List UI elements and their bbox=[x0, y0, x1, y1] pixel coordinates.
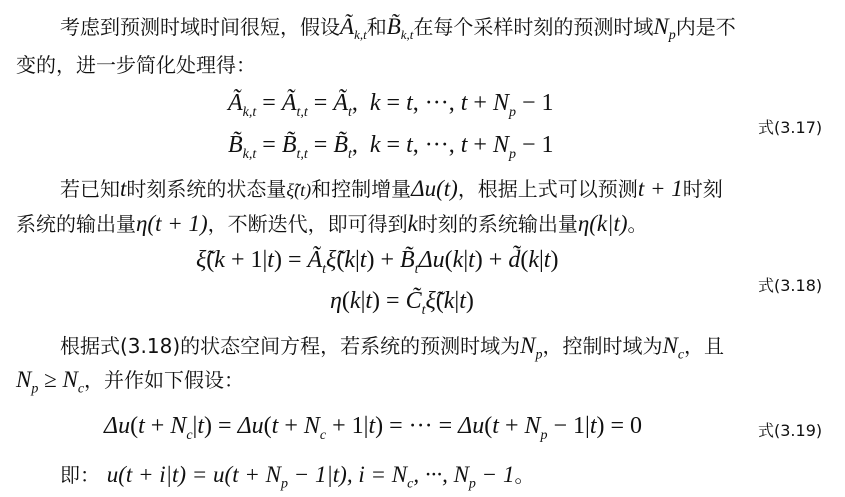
paragraph-1-line-2: 变的，进一步简化处理得： bbox=[16, 52, 256, 78]
text: 系统的输出量 bbox=[16, 212, 136, 236]
text: ，控制时域为 bbox=[542, 334, 662, 358]
text: 时刻 bbox=[683, 177, 723, 201]
text: 。 bbox=[628, 212, 648, 236]
math-B-tilde: B̃ bbox=[387, 14, 401, 39]
math-subscript: k,t bbox=[401, 27, 414, 42]
equation-number: 式(3.17) bbox=[758, 118, 822, 137]
text: ，且 bbox=[684, 334, 724, 358]
text: 考虑到预测时域时间很短，假设 bbox=[60, 15, 340, 39]
equation-label-3-17: 式(3.17) bbox=[758, 115, 822, 138]
math-xi-t: ξ̃(t) bbox=[286, 180, 311, 200]
math-N: N bbox=[653, 14, 668, 39]
conclusion-line: 即： u(t + i|t) = u(t + Np − 1|t), i = Nc,… bbox=[60, 462, 534, 497]
equation-3-18-row-1: ξ̃(k + 1|t) = Ãtξ̃(k|t) + B̃tΔu(k|t) + d… bbox=[196, 245, 558, 285]
text: 根据式(3.18)的状态空间方程，若系统的预测时域为 bbox=[60, 334, 520, 358]
text: ，根据上式可以预测 bbox=[458, 177, 638, 201]
math-t-plus-1: t + 1 bbox=[638, 176, 683, 201]
equation-label-3-19: 式(3.19) bbox=[758, 418, 822, 441]
math-eta-k-t: η(k|t) bbox=[578, 211, 628, 236]
math-subscript: p bbox=[669, 28, 676, 43]
text: 在每个采样时刻的预测时域 bbox=[413, 15, 653, 39]
text: ，不断迭代，即可得到 bbox=[208, 212, 408, 236]
equation-number: 式(3.19) bbox=[758, 421, 822, 440]
paragraph-2-line-2: 系统的输出量η(t + 1)，不断迭代，即可得到k时刻的系统输出量η(k|t)。 bbox=[16, 211, 648, 237]
paragraph-2-line-1: 若已知t时刻系统的状态量ξ̃(t)和控制增量Δu(t)，根据上式可以预测t + … bbox=[60, 176, 723, 203]
equation-3-17-row-1: Ãk,t = Ãt,t = Ãt, k = t, ···, t + Np − 1 bbox=[228, 88, 554, 128]
text: 时刻的系统输出量 bbox=[418, 212, 578, 236]
math-Np-geq-Nc: Np ≥ Nc bbox=[16, 367, 84, 392]
conclusion-suffix: 。 bbox=[514, 463, 534, 487]
paragraph-3-line-2: Np ≥ Nc，并作如下假设： bbox=[16, 367, 244, 403]
equation-3-19: Δu(t + Nc|t) = Δu(t + Nc + 1|t) = ··· = … bbox=[104, 411, 642, 451]
math-A-tilde: Ã bbox=[340, 14, 354, 39]
equation-label-3-18: 式(3.18) bbox=[758, 273, 822, 296]
math-subscript: k,t bbox=[354, 27, 367, 42]
paragraph-1-line-1: 考虑到预测时域时间很短，假设Ãk,t和B̃k,t在每个采样时刻的预测时域Np内是… bbox=[60, 14, 736, 49]
text: 内是不 bbox=[676, 15, 736, 39]
text: 和控制增量 bbox=[311, 177, 411, 201]
equation-number: 式(3.18) bbox=[758, 276, 822, 295]
math-Nc: Nc bbox=[662, 333, 684, 358]
conclusion-formula: u(t + i|t) = u(t + Np − 1|t), i = Nc, ··… bbox=[107, 462, 515, 487]
math-k: k bbox=[408, 211, 418, 236]
equation-3-17-row-2: B̃k,t = B̃t,t = B̃t, k = t, ···, t + Np … bbox=[228, 130, 554, 170]
text: ，并作如下假设： bbox=[84, 368, 244, 392]
conclusion-prefix: 即： bbox=[60, 463, 100, 487]
text: 时刻系统的状态量 bbox=[126, 177, 286, 201]
math-eta: η(t + 1) bbox=[136, 211, 208, 236]
text: 和 bbox=[367, 15, 387, 39]
math-delta-u: Δu(t) bbox=[411, 176, 458, 201]
paragraph-3-line-1: 根据式(3.18)的状态空间方程，若系统的预测时域为Np，控制时域为Nc，且 bbox=[60, 333, 724, 369]
equation-3-18-row-2: η(k|t) = C̃tξ̃(k|t) bbox=[330, 286, 474, 326]
text: 若已知 bbox=[60, 177, 120, 201]
math-Np: Np bbox=[520, 333, 542, 358]
